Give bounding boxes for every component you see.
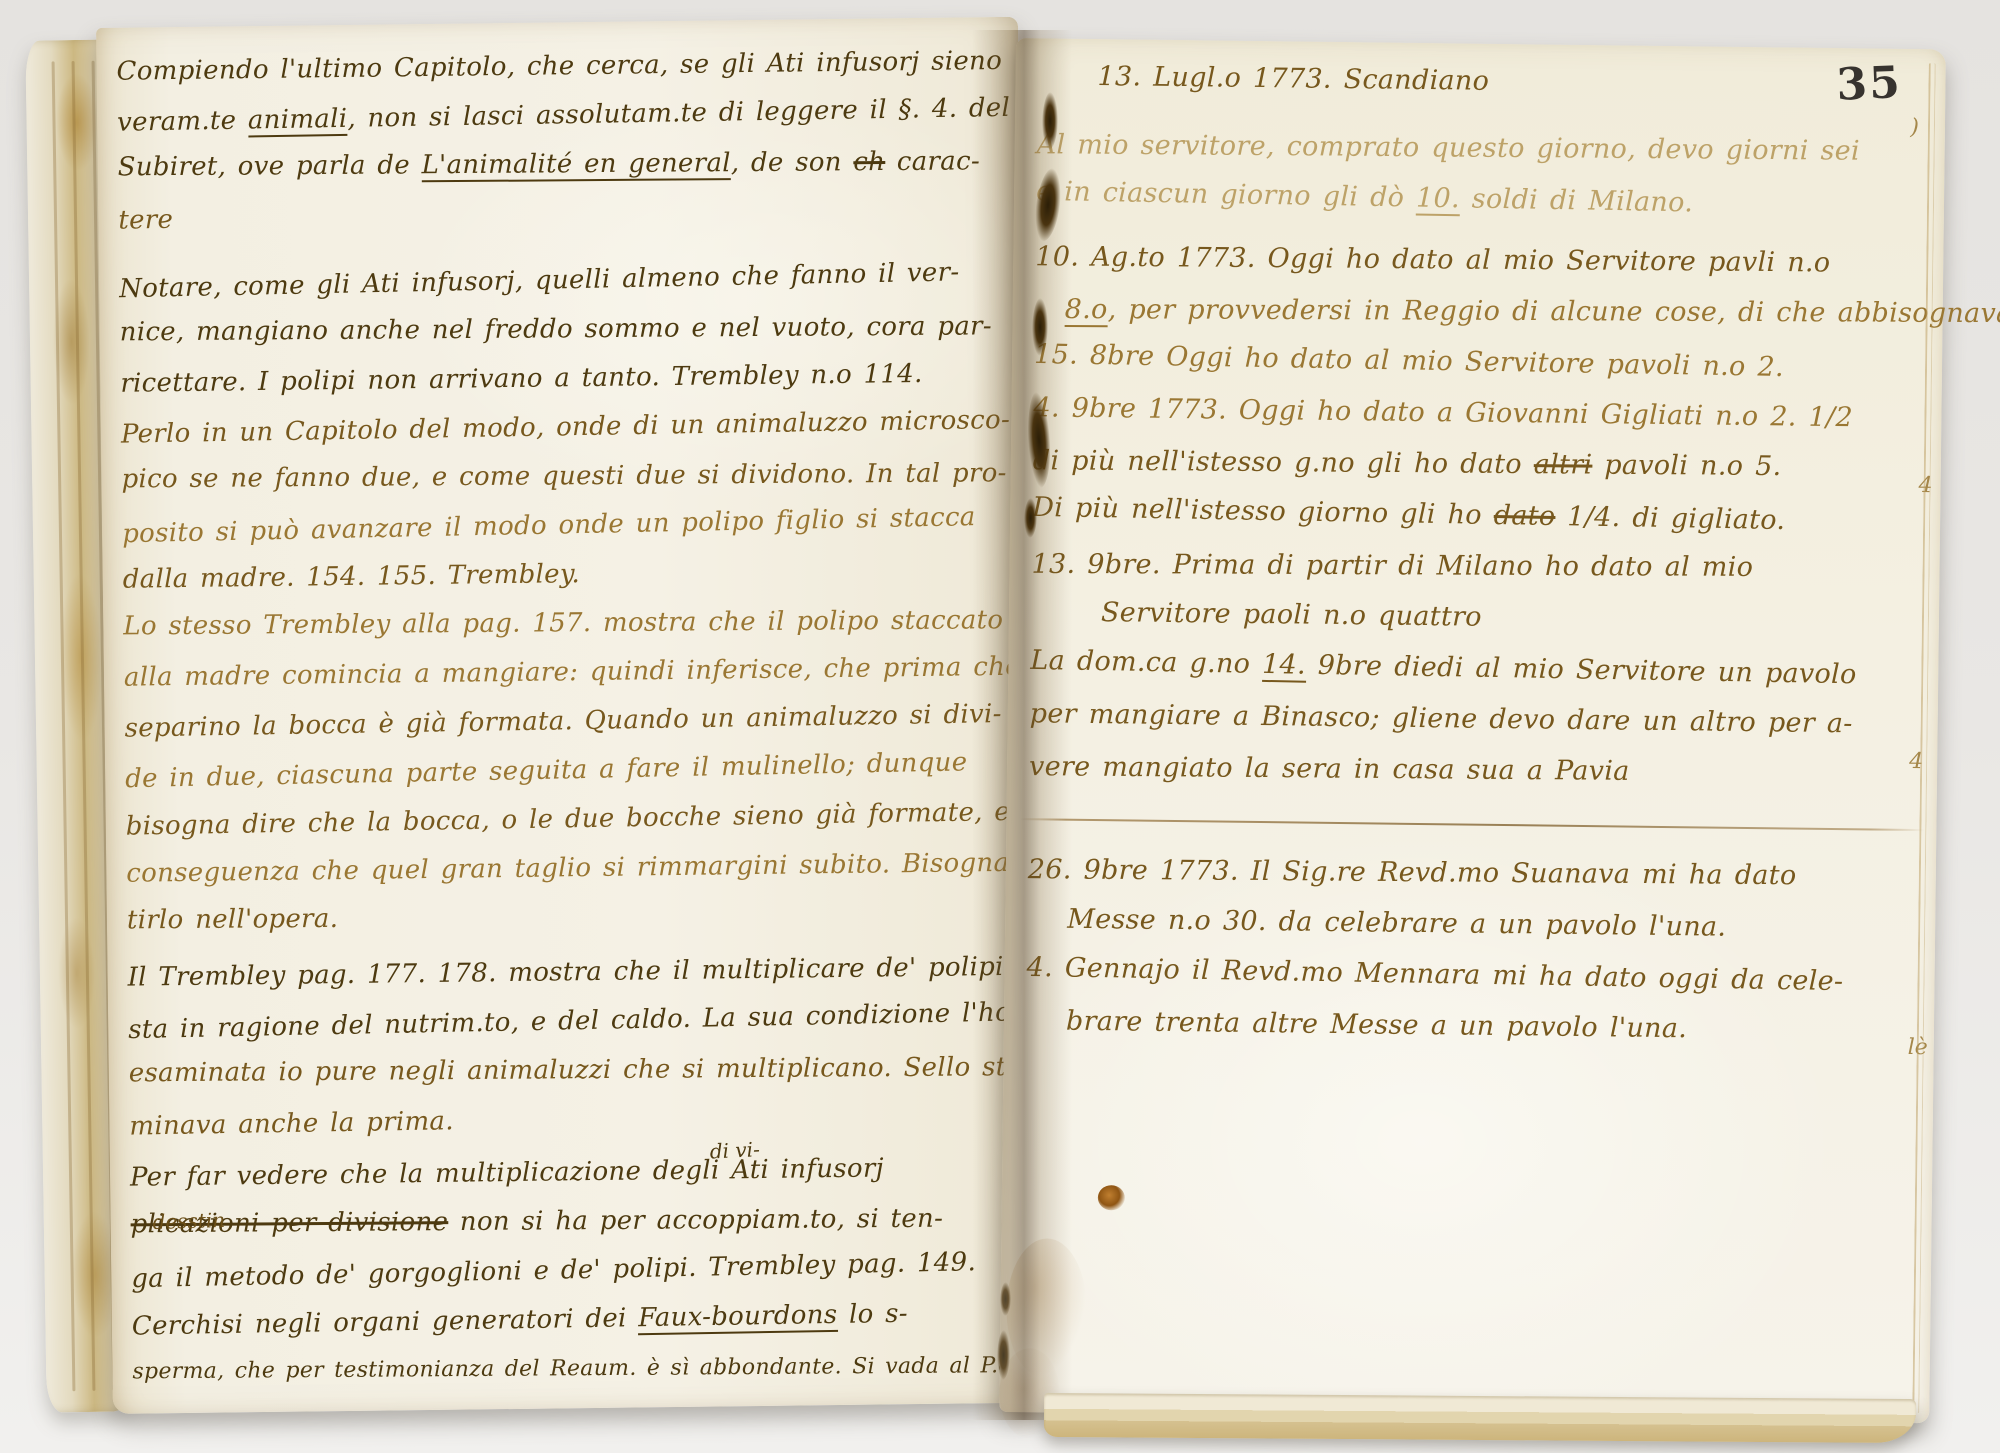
- manuscript-line: nice, mangiano anche nel freddo sommo e …: [120, 302, 1010, 357]
- underlined-word: 8.o: [1065, 294, 1108, 327]
- word-run: sta in ragione del nutrim.to, e del cald…: [128, 997, 1011, 1045]
- word-run: bisogna dire che la bocca, o le due bocc…: [126, 796, 1048, 841]
- word-run: carac-: [885, 146, 980, 177]
- manuscript-line: 26. 9bre 1773. Il Sig.re Revd.mo Suanava…: [1028, 844, 1924, 902]
- word-run: Notare, come gli Ati infusorj, quelli al…: [119, 257, 960, 304]
- left-page: Compiendo l'ultimo Capitolo, che cerca, …: [96, 17, 1035, 1414]
- word-run: , non si lasci assolutam.te di leggere i…: [347, 93, 1010, 134]
- word-run: 9bre diedi al mio Servitore un pavolo: [1306, 650, 1857, 691]
- struck-word: ch: [853, 147, 885, 177]
- word-run: e in ciascun giorno gli dò: [1036, 176, 1417, 214]
- word-run: ricettare. I polipi non arrivano a tanto…: [120, 359, 923, 399]
- word-run: lo s-: [837, 1299, 908, 1330]
- word-run: di più nell'istesso g.no gli ho dato: [1033, 445, 1534, 480]
- word-run: vere mangiato la sera in casa sua a Pavi…: [1029, 751, 1630, 787]
- word-run: 4. Gennajo il Revd.mo Mennara mi ha dato…: [1026, 952, 1843, 997]
- word-run: pico se ne fanno due, e come questi due …: [121, 458, 1006, 494]
- bottom-page-edges: [1044, 1393, 1916, 1443]
- word-run: Servitore paoli n.o quattro: [1101, 597, 1482, 633]
- word-run: , de son: [731, 147, 854, 178]
- manuscript-line: tirlo nell'opera.: [127, 890, 1017, 945]
- word-run: pavoli n.o 5.: [1592, 450, 1781, 482]
- ink-divider-line: [1020, 818, 1924, 831]
- ink-stain-spot: [1098, 1185, 1125, 1210]
- underlined-word: Faux-bourdons: [638, 1300, 838, 1335]
- word-run: tirlo nell'opera.: [127, 904, 339, 935]
- word-run: La dom.ca g.no: [1030, 645, 1262, 680]
- word-run: 13. 9bre. Prima di partir di Milano ho d…: [1032, 549, 1754, 583]
- word-run: Compiendo l'ultimo Capitolo, che cerca, …: [116, 46, 1002, 87]
- struck-word: dato: [1493, 500, 1555, 532]
- word-run: nice, mangiano anche nel freddo sommo e …: [120, 311, 992, 347]
- word-run: 1/4. di gigliato.: [1555, 501, 1785, 536]
- word-run: sperma, che per testimonianza del Reaum.…: [132, 1353, 1093, 1385]
- word-run: Messe n.o 30. da celebrare a un pavolo l…: [1067, 904, 1726, 943]
- word-run: veram.te: [117, 106, 248, 138]
- word-run: Subiret, ove parla de: [118, 150, 422, 182]
- manuscript-line: 13. 9bre. Prima di partir di Milano ho d…: [1031, 539, 1927, 594]
- manuscript-line: vere mangiato la sera in casa sua a Pavi…: [1029, 741, 1925, 799]
- word-run: 15. 8bre Oggi ho dato al mio Servitore p…: [1034, 339, 1784, 383]
- word-run: 13. Lugl.o 1773. Scandiano: [1097, 61, 1489, 97]
- underlined-word: 14.: [1262, 649, 1306, 683]
- word-run: 10. Ag.to 1773. Oggi ho dato al mio Serv…: [1035, 241, 1830, 278]
- word-run: minava anche la prima.: [129, 1106, 454, 1141]
- word-run: Di più nell'istesso giorno gli ho: [1032, 492, 1494, 531]
- manuscript-line: 8.o, per provvedersi in Reggio di alcune…: [1065, 284, 1931, 339]
- underlined-word: L'animalité en general: [421, 148, 730, 182]
- underlined-word: animali: [248, 104, 348, 138]
- word-run: Al mio servitore, comprato questo giorno…: [1037, 129, 1860, 166]
- page-edge-rib: [52, 61, 76, 1392]
- manuscript-line: 10. Ag.to 1773. Oggi ho dato al mio Serv…: [1035, 231, 1931, 289]
- word-run: brare trenta altre Messe a un pavolo l'u…: [1066, 1006, 1688, 1045]
- word-run: Per far vedere che la multiplicazione de…: [130, 1153, 884, 1192]
- manuscript-line: sperma, che per testimonianza del Reaum.…: [132, 1341, 1022, 1396]
- page-edge-rib: [72, 61, 96, 1392]
- manuscript-line: Lo stesso Trembley alla pag. 157. mostra…: [123, 596, 1013, 651]
- margin-mark: ): [1910, 115, 1919, 140]
- word-run: tere: [118, 205, 173, 236]
- word-run: separino la bocca è già formata. Quando …: [124, 699, 1002, 744]
- manuscript-line: tere: [118, 182, 1009, 246]
- word-run: de in due, ciascuna parte seguita a fare…: [125, 747, 968, 794]
- manuscript-line: 13. Lugl.o 1773. Scandiano: [1097, 51, 1934, 112]
- word-run: 4. 9bre 1773. Oggi ho dato a Giovanni Gi…: [1033, 392, 1853, 433]
- open-notebook-photo: Compiendo l'ultimo Capitolo, che cerca, …: [0, 0, 2000, 1453]
- word-run: Lo stesso Trembley alla pag. 157. mostra…: [123, 605, 1095, 642]
- word-run: ga il metodo de' gorgoglioni e de' polip…: [131, 1247, 976, 1294]
- manuscript-line: Per far vedere che la multiplicazione de…: [130, 1143, 1021, 1203]
- word-run: Perlo in un Capitolo del modo, onde di u…: [121, 405, 1011, 450]
- interlinear-insert: di vi-: [709, 1137, 760, 1163]
- underlined-word: 10.: [1416, 183, 1460, 217]
- left-page-text: Compiendo l'ultimo Capitolo, che cerca, …: [116, 37, 1022, 1399]
- right-page: 35 13. Lugl.o 1773. ScandianoAl mio serv…: [999, 38, 1946, 1423]
- word-run: esaminata io pure negli animaluzzi che s…: [129, 1052, 1032, 1088]
- word-run: , per provvedersi in Reggio di alcune co…: [1108, 294, 2000, 329]
- word-run: per mangiare a Binasco; gliene devo dare…: [1030, 698, 1853, 739]
- word-run: posito si può avanzare il modo onde un p…: [122, 502, 976, 549]
- interlinear-insert: desstin: [152, 1208, 225, 1234]
- word-run: Cerchisi negli organi generatori dei: [132, 1303, 639, 1341]
- struck-word: altri: [1534, 449, 1593, 480]
- right-page-text: 13. Lugl.o 1773. ScandianoAl mio servito…: [1026, 50, 1934, 1057]
- word-run: conseguenza che quel gran taglio si rimm…: [126, 847, 1104, 889]
- word-run: dalla madre. 154. 155. Trembley.: [123, 559, 581, 595]
- word-run: Il Trembley pag. 177. 178. mostra che il…: [127, 952, 1003, 993]
- word-run: alla madre comincia a mangiare: quindi i…: [124, 651, 1055, 692]
- manuscript-line: minava anche la prima.: [129, 1088, 1020, 1152]
- word-run: soldi di Milano.: [1460, 183, 1694, 218]
- word-run: 26. 9bre 1773. Il Sig.re Revd.mo Suanava…: [1028, 854, 1797, 891]
- word-run: non si ha per accoppiam.to, si ten-: [448, 1204, 943, 1237]
